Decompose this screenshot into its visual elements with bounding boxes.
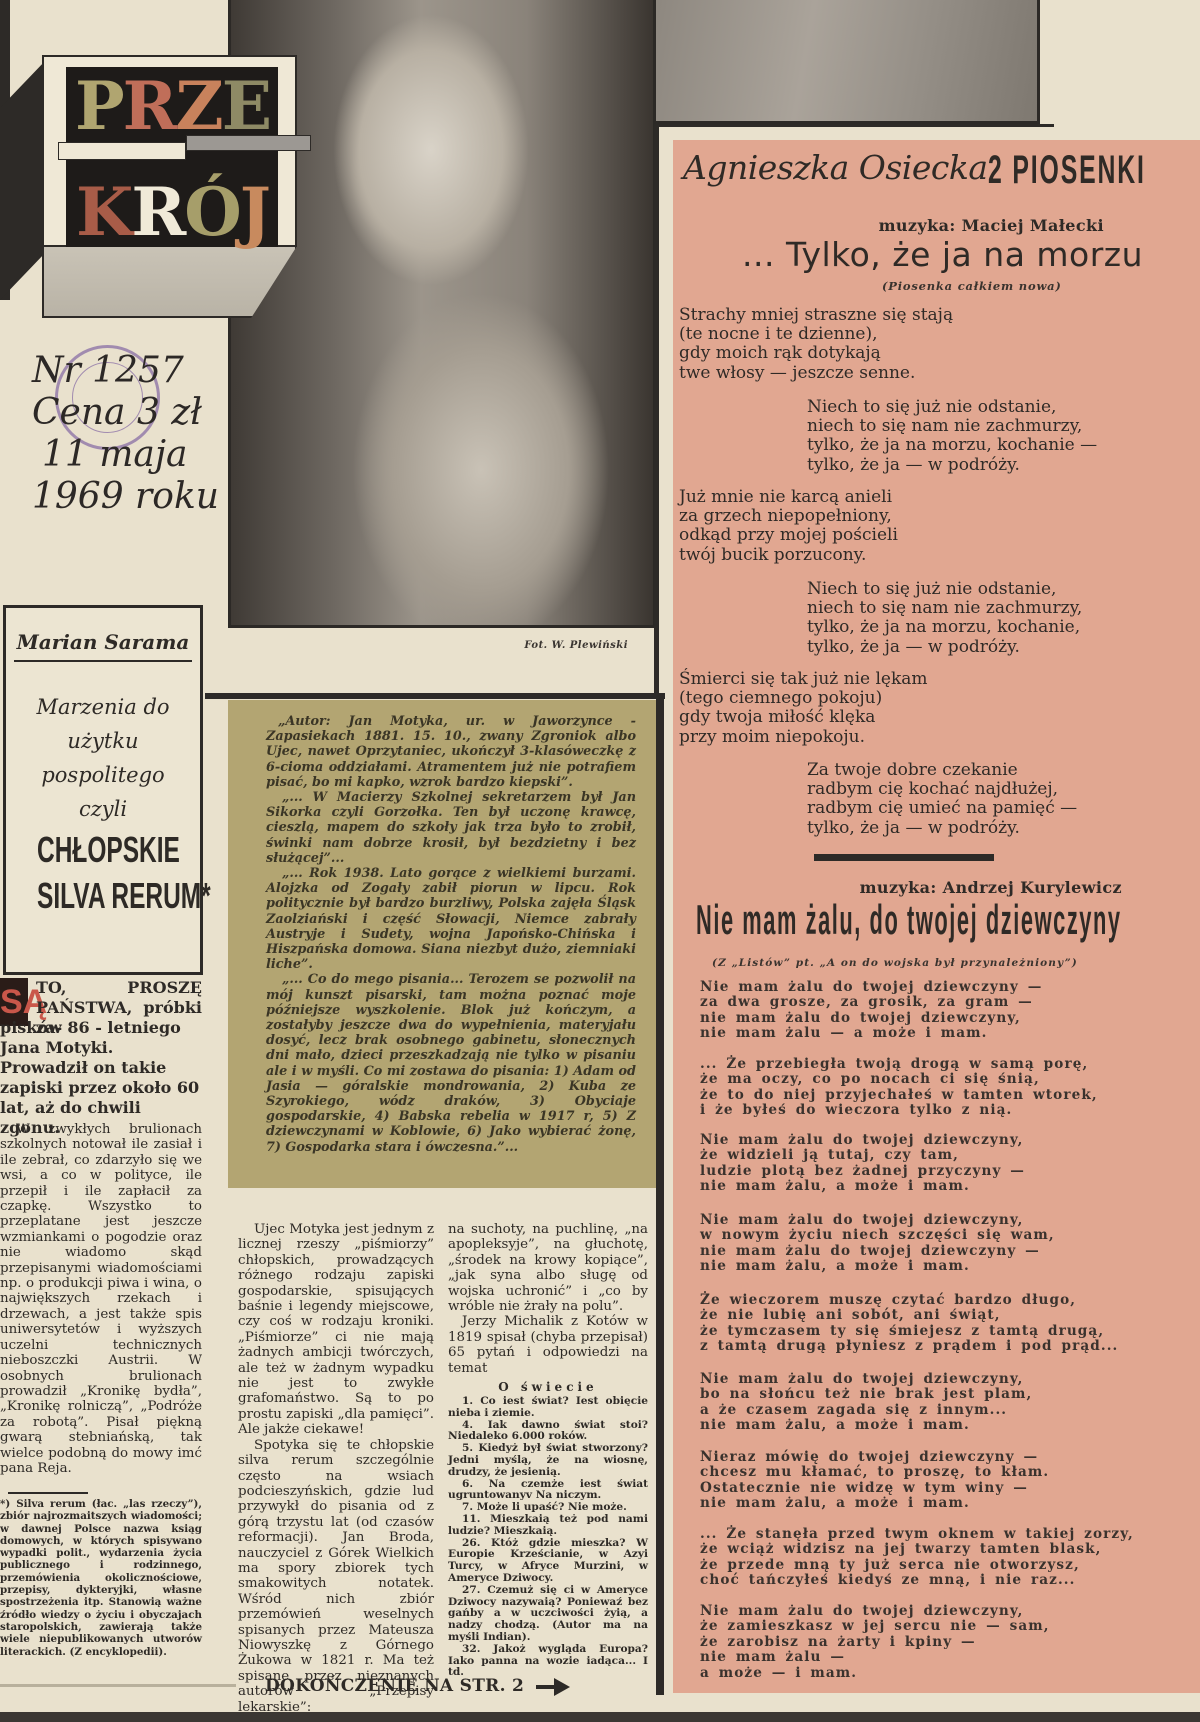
quote-paragraph: „... Rok 1938. Lato gorące z wielkiemi b… bbox=[266, 866, 636, 972]
lyric-line: że nie lubię ani sobót, ani świąt, bbox=[700, 1308, 1118, 1323]
lyric-line: Ostatecznie nie widzę w tym winy — bbox=[700, 1481, 1049, 1496]
quote-box-rule bbox=[205, 693, 665, 699]
song2-stanza: ... Że przebiegła twoją drogą w samą por… bbox=[700, 1057, 1098, 1119]
qa-item: 6. Na czemże iest świat ugruntowanyv Na … bbox=[448, 1479, 648, 1503]
lyric-line: tylko, że ja na morzu, kochanie, bbox=[807, 618, 1082, 637]
page-bottom-edge bbox=[0, 1712, 1200, 1722]
poet-name: Agnieszka Osiecka bbox=[683, 148, 988, 187]
lyric-line: ludzie plotą bez żadnej przyczyny — bbox=[700, 1164, 1025, 1179]
lyric-line: Nie mam żalu do twojej dziewczyny, bbox=[700, 1372, 1032, 1387]
lyric-line: radbym cię umieć na pamięć — bbox=[807, 799, 1077, 818]
lyric-line: tylko, że ja — w podróży. bbox=[807, 456, 1097, 475]
logo-letter: Z bbox=[176, 71, 221, 141]
lyric-line: że to do niej przyjechałeś w tamten wtor… bbox=[700, 1088, 1098, 1103]
article-lead-rest: pisków 86 - letniego Jana Motyki. Prowad… bbox=[0, 1018, 199, 1137]
song2-stanza: Nie mam żalu do twojej dziewczyny — za d… bbox=[700, 980, 1042, 1042]
song2-stanza: Nie mam żalu do twojej dziewczyny, że wi… bbox=[700, 1133, 1025, 1195]
lyric-line: że tymczasem ty się śmiejesz z tamtą dru… bbox=[700, 1324, 1118, 1339]
song1-music-credit: muzyka: Maciej Małecki bbox=[879, 216, 1104, 235]
lyric-line: Za twoje dobre czekanie bbox=[807, 761, 1077, 780]
song2-title: Nie mam żalu, do twojej dziewczyny bbox=[696, 896, 1122, 944]
song2-stanza: Że wieczorem muszę czytać bardzo długo, … bbox=[700, 1293, 1118, 1355]
lyric-line: a że czasem zagada się z innym... bbox=[700, 1403, 1032, 1418]
song1-refrain: Za twoje dobre czekanie radbym cię kocha… bbox=[807, 761, 1077, 838]
panel-frame-left bbox=[654, 124, 659, 699]
masthead-logo: P R Z E K R Ó J bbox=[42, 55, 297, 247]
lyric-line: że zarobisz na żarty i kpiny — bbox=[700, 1635, 1050, 1650]
lyric-line: gdy twoja miłość klęka bbox=[679, 708, 928, 727]
logo-top-word: P R Z E bbox=[66, 71, 278, 141]
qa-item: 27. Czemuż się ci w Ameryce Dziwocy nazy… bbox=[448, 1585, 648, 1644]
qa-heading: O świecie bbox=[448, 1380, 648, 1394]
qa-item: 11. Mieszkaią też pod nami ludzie? Miesz… bbox=[448, 1514, 648, 1538]
qa-item: 5. Kiedyż był świat stworzony? Jedni myś… bbox=[448, 1443, 648, 1478]
lyric-line: niech to się nam nie zachmurzy, bbox=[807, 417, 1097, 436]
lyric-line: że przede mną ty już serca nie otworzysz… bbox=[700, 1558, 1134, 1573]
song1-stanza: Strachy mniej straszne się stają (te noc… bbox=[679, 306, 953, 383]
qa-item: 32. Jakoż wygląda Europa? Iako panna na … bbox=[448, 1644, 648, 1679]
lyric-line: przy moim niepokoju. bbox=[679, 728, 928, 747]
lyric-line: nie mam żalu, a może i mam. bbox=[700, 1418, 1032, 1433]
song1-stanza: Już mnie nie karcą anieli za grzech niep… bbox=[679, 488, 898, 565]
qa-item: 1. Co iest świat? Iest obięcie nieba i z… bbox=[448, 1396, 648, 1420]
subtitle-line: użytku bbox=[6, 724, 200, 758]
photo-background-wall bbox=[650, 0, 1040, 124]
article-lead: pisków 86 - letniego Jana Motyki. Prowad… bbox=[0, 1018, 202, 1138]
lyric-line: Śmierci się tak już nie lękam bbox=[679, 670, 928, 689]
logo-letter: P bbox=[75, 71, 122, 141]
column-divider bbox=[656, 695, 664, 1695]
lyric-line: Nieraz mówię do twojej dziewczyny — bbox=[700, 1450, 1049, 1465]
logo-bottom-word: K R Ó J bbox=[66, 177, 278, 247]
song1-refrain: Niech to się już nie odstanie, niech to … bbox=[807, 580, 1082, 657]
songs-heading: 2 PIOSENKI bbox=[988, 148, 1146, 193]
lyric-line: Nie mam żalu do twojej dziewczyny, bbox=[700, 1213, 1055, 1228]
paragraph: W zwykłych brulionach szkolnych notował … bbox=[0, 1122, 202, 1476]
logo-letter: K bbox=[76, 177, 130, 247]
logo-letter: R bbox=[131, 177, 183, 247]
song1-refrain: Niech to się już nie odstanie, niech to … bbox=[807, 398, 1097, 475]
lyric-line: Że wieczorem muszę czytać bardzo długo, bbox=[700, 1293, 1118, 1308]
logo-letter: R bbox=[123, 71, 175, 141]
issue-date-year: 1969 roku bbox=[32, 476, 222, 518]
article-title-line: SILVA RERUM* bbox=[37, 874, 169, 918]
article-body-left: W zwykłych brulionach szkolnych notował … bbox=[0, 1122, 202, 1476]
song2-stanza: Nie mam żalu do twojej dziewczyny, bo na… bbox=[700, 1372, 1032, 1434]
lyric-line: że wciąż widzisz na jej twarzy tamten bl… bbox=[700, 1542, 1134, 1557]
paragraph: Jerzy Michalik z Kotów w 1819 spisał (ch… bbox=[448, 1314, 648, 1376]
logo-letter: J bbox=[240, 177, 268, 247]
lyric-line: nie mam żalu — a może i mam. bbox=[700, 1026, 1042, 1041]
lyric-line: ... Że stanęła przed twym oknem w takiej… bbox=[700, 1527, 1134, 1542]
continued-on-page-link[interactable]: DOKOŃCZENIE NA STR. 2 bbox=[265, 1676, 570, 1696]
lyric-line: nie mam żalu do twojej dziewczyny — bbox=[700, 1244, 1055, 1259]
panel-frame-top bbox=[654, 124, 1054, 127]
lyric-line: nie mam żalu — bbox=[700, 1650, 1050, 1665]
lyric-line: ... Że przebiegła twoją drogą w samą por… bbox=[700, 1057, 1098, 1072]
subtitle-line: pospolitego bbox=[6, 758, 200, 792]
logo-letter: E bbox=[222, 71, 269, 141]
lyric-line: Nie mam żalu do twojej dziewczyny, bbox=[700, 1133, 1025, 1148]
song1-title: ... Tylko, że ja na morzu bbox=[742, 235, 1143, 274]
subtitle-line: Marzenia do bbox=[6, 690, 200, 724]
song1-stanza: Śmierci się tak już nie lękam (tego ciem… bbox=[679, 670, 928, 747]
quote-paragraph: „... W Macierzy Szkolnej sekretarzem był… bbox=[266, 790, 636, 866]
lyric-line: Strachy mniej straszne się stają bbox=[679, 306, 953, 325]
lyric-line: i że byłeś do wieczora tylko z nią. bbox=[700, 1103, 1098, 1118]
lyric-line: tylko, że ja na morzu, kochanie — bbox=[807, 436, 1097, 455]
lyric-line: Nie mam żalu do twojej dziewczyny — bbox=[700, 980, 1042, 995]
footnote: *) Silva rerum (łac. „las rzeczy”), zbió… bbox=[0, 1498, 202, 1658]
lyric-line: (te nocne i te dzienne), bbox=[679, 325, 953, 344]
lyric-line: za grzech niepopełniony, bbox=[679, 507, 898, 526]
lyric-line: bo na słońcu też nie brak jest plam, bbox=[700, 1387, 1032, 1402]
logo-letter: Ó bbox=[184, 177, 239, 247]
article-title-line: CHŁOPSKIE bbox=[37, 828, 169, 872]
lyric-line: chcesz mu kłamać, to proszę, to kłam. bbox=[700, 1465, 1049, 1480]
lyric-line: nie mam żalu, a może i mam. bbox=[700, 1179, 1025, 1194]
lyric-line: tylko, że ja — w podróży. bbox=[807, 819, 1077, 838]
song1-subtitle: (Piosenka całkiem nowa) bbox=[882, 279, 1062, 293]
lyric-line: Niech to się już nie odstanie, bbox=[807, 580, 1082, 599]
lyric-line: radbym cię kochać najdłużej, bbox=[807, 780, 1077, 799]
lyric-line: nie mam żalu do twojej dziewczyny, bbox=[700, 1011, 1042, 1026]
song2-stanza: Nie mam żalu do twojej dziewczyny, w now… bbox=[700, 1213, 1055, 1275]
song2-music-credit: muzyka: Andrzej Kurylewicz bbox=[860, 878, 1122, 897]
issue-number: Nr 1257 bbox=[32, 350, 222, 392]
issue-price: Cena 3 zł bbox=[32, 392, 222, 434]
lyric-line: choć tańczyłeś kiedyś ze mną, i nie raz.… bbox=[700, 1573, 1134, 1588]
issue-info: Nr 1257 Cena 3 zł 11 maja 1969 roku bbox=[32, 350, 222, 518]
qa-item: 26. Któż gdzie mieszka? W Europie Krześc… bbox=[448, 1538, 648, 1585]
lyric-line: twój bucik porzucony. bbox=[679, 546, 898, 565]
lyric-line: gdy moich rąk dotykają bbox=[679, 344, 953, 363]
lyric-line: a może — i mam. bbox=[700, 1666, 1050, 1681]
song2-stanza: ... Że stanęła przed twym oknem w takiej… bbox=[700, 1527, 1134, 1589]
photo-credit: Fot. W. Plewiński bbox=[524, 640, 628, 651]
lyric-line: twe włosy — jeszcze senne. bbox=[679, 364, 953, 383]
lyric-line: niech to się nam nie zachmurzy, bbox=[807, 599, 1082, 618]
paragraph: Ujec Motyka jest jednym z licznej rzeszy… bbox=[238, 1222, 434, 1438]
lyric-line: odkąd przy mojej pościeli bbox=[679, 526, 898, 545]
lyric-line: że ma oczy, co po nocach ci się śnią, bbox=[700, 1072, 1098, 1087]
bottom-rule bbox=[0, 1684, 236, 1687]
song2-stanza: Nieraz mówię do twojej dziewczyny — chce… bbox=[700, 1450, 1049, 1512]
article-column-middle-2: na suchoty, na puchlinę, „na apopleksyje… bbox=[448, 1222, 648, 1679]
footnote-rule bbox=[8, 1492, 88, 1494]
lyric-line: nie mam żalu, a może i mam. bbox=[700, 1496, 1049, 1511]
article-title-box: Marian Sarama Marzenia do użytku pospoli… bbox=[3, 605, 203, 975]
songs-header: Agnieszka Osiecka 2 PIOSENKI bbox=[683, 144, 1193, 200]
lyric-line: że zamieszkasz w jej sercu nie — sam, bbox=[700, 1619, 1050, 1634]
paragraph: Spotyka się te chłopskie silva rerum szc… bbox=[238, 1438, 434, 1715]
arrow-right-icon bbox=[536, 1678, 570, 1696]
song-divider bbox=[814, 854, 994, 861]
quote-paragraph: „... Co do mego pisania... Terozem se po… bbox=[266, 972, 636, 1154]
lyric-line: za dwa grosze, za grosik, za gram — bbox=[700, 995, 1042, 1010]
logo-bar-light bbox=[58, 142, 186, 160]
qa-item: 4. Iak dawno świat stoi? Niedaleko 6.000… bbox=[448, 1420, 648, 1444]
lyric-line: z tamtą drugą płyniesz z prądem i pod pr… bbox=[700, 1339, 1118, 1354]
quote-box: „Autor: Jan Motyka, ur. w Jaworzynce - Z… bbox=[228, 700, 656, 1188]
lyric-line: Nie mam żalu do twojej dziewczyny, bbox=[700, 1604, 1050, 1619]
article-author: Marian Sarama bbox=[14, 630, 192, 662]
lyric-line: w nowym życiu niech szczęści się wam, bbox=[700, 1228, 1055, 1243]
subtitle-line: czyli bbox=[6, 792, 200, 826]
qa-list: 1. Co iest świat? Iest obięcie nieba i z… bbox=[448, 1396, 648, 1679]
song2-subtitle: (Z „Listów” pt. „A on do wojska był przy… bbox=[712, 957, 1078, 969]
issue-date-day: 11 maja bbox=[32, 434, 222, 476]
lyric-line: Już mnie nie karcą anieli bbox=[679, 488, 898, 507]
logo-bar-gray bbox=[186, 135, 311, 151]
lyric-line: (tego ciemnego pokoju) bbox=[679, 689, 928, 708]
lyric-line: nie mam żalu, a może i mam. bbox=[700, 1259, 1055, 1274]
lyric-line: Niech to się już nie odstanie, bbox=[807, 398, 1097, 417]
song2-stanza: Nie mam żalu do twojej dziewczyny, że za… bbox=[700, 1604, 1050, 1681]
quote-paragraph: „Autor: Jan Motyka, ur. w Jaworzynce - Z… bbox=[266, 714, 636, 790]
paragraph: na suchoty, na puchlinę, „na apopleksyje… bbox=[448, 1222, 648, 1314]
article-column-middle-1: Ujec Motyka jest jednym z licznej rzeszy… bbox=[238, 1222, 434, 1715]
lyric-line: że widzieli ją tutaj, czy tam, bbox=[700, 1148, 1025, 1163]
continued-label: DOKOŃCZENIE NA STR. 2 bbox=[265, 1676, 524, 1696]
lyric-line: tylko, że ja — w podróży. bbox=[807, 638, 1082, 657]
article-subtitle: Marzenia do użytku pospolitego czyli bbox=[6, 690, 200, 826]
